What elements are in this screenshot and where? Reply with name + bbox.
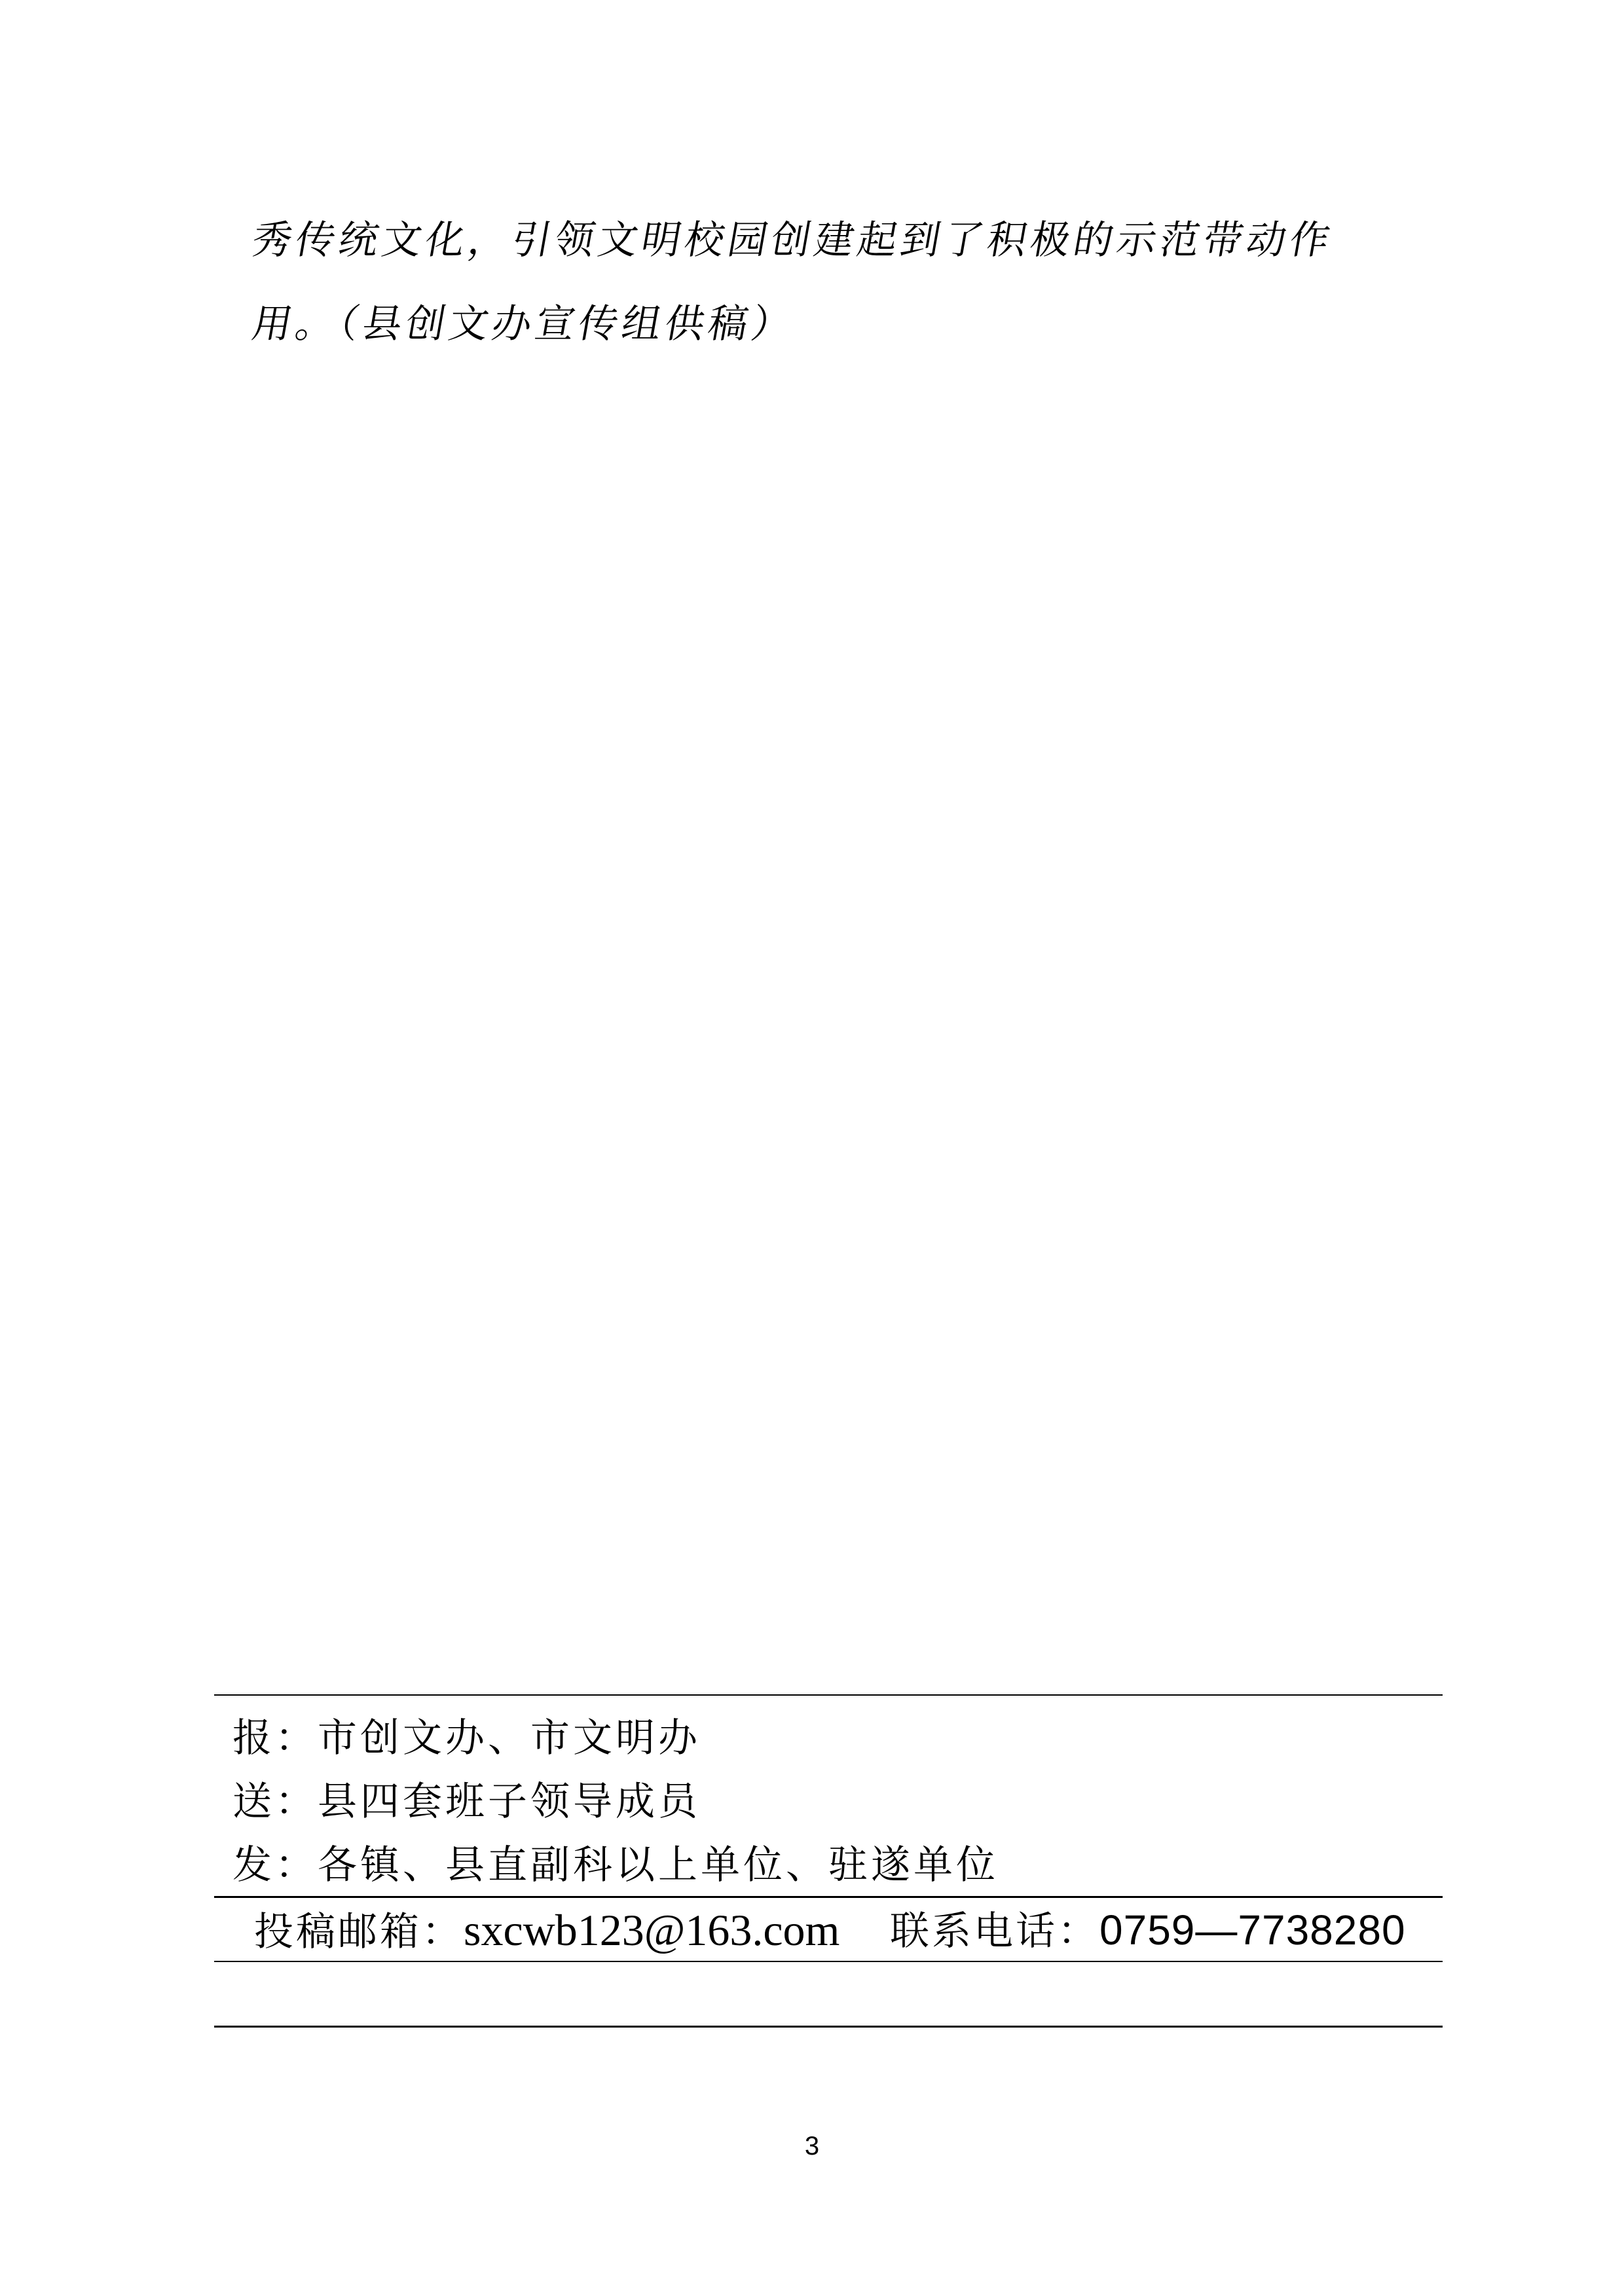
contact-top-divider-line xyxy=(214,1896,1443,1898)
contact-phone-group: 联系电话：0759—7738280 xyxy=(890,1904,1406,1958)
footer-top-divider-line xyxy=(214,1694,1443,1696)
page-number: 3 xyxy=(0,2130,1624,2162)
distribution-row-report: 报：市创文办、市文明办 xyxy=(232,1707,1477,1770)
distribution-label: 发： xyxy=(232,1844,318,1887)
body-text-line-1: 秀传统文化，引领文明校园创建起到了积极的示范带动作 xyxy=(246,198,1439,282)
distribution-value: 市创文办、市文明办 xyxy=(318,1717,701,1760)
distribution-value: 县四套班子领导成员 xyxy=(318,1780,701,1823)
distribution-row-send: 送：县四套班子领导成员 xyxy=(232,1770,1477,1834)
contact-line: 投稿邮箱：sxcwb123@163.com 联系电话：0759—7738280 xyxy=(0,1904,1624,1961)
distribution-label: 送： xyxy=(232,1780,318,1823)
document-page: 秀传统文化，引领文明校园创建起到了积极的示范带动作 用。（县创文办宣传组供稿） … xyxy=(0,0,1624,2296)
phone-label: 联系电话： xyxy=(890,1905,1099,1958)
distribution-row-issue: 发：各镇、县直副科以上单位、驻遂单位 xyxy=(232,1834,1477,1897)
contact-bottom-divider-line xyxy=(214,1961,1443,1962)
email-label: 投稿邮箱： xyxy=(254,1906,464,1958)
distribution-label: 报： xyxy=(232,1717,318,1760)
email-address: sxcwb123@163.com xyxy=(464,1904,840,1956)
distribution-value: 各镇、县直副科以上单位、驻遂单位 xyxy=(318,1844,999,1887)
body-paragraph: 秀传统文化，引领文明校园创建起到了积极的示范带动作 用。（县创文办宣传组供稿） xyxy=(248,198,1426,366)
body-text-line-2: 用。（县创文办宣传组供稿） xyxy=(246,282,1439,366)
footer-bottom-divider-line xyxy=(214,2026,1443,2028)
phone-number: 0759—7738280 xyxy=(1099,1904,1406,1956)
distribution-block: 报：市创文办、市文明办 送：县四套班子领导成员 发：各镇、县直副科以上单位、驻遂… xyxy=(232,1707,1477,1897)
submission-email-group: 投稿邮箱：sxcwb123@163.com xyxy=(254,1904,840,1958)
